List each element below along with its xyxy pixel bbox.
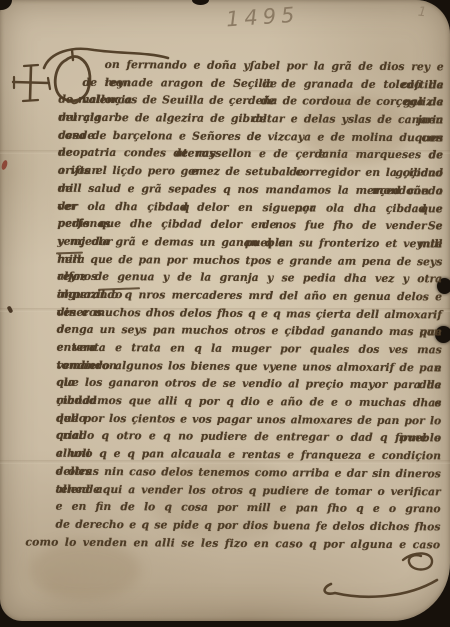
manuscript-line: de derecho e q se pide q por dios buena … xyxy=(55,516,440,536)
manuscript-line: e otras nin caso delos tenemos como arri… xyxy=(56,462,441,482)
manuscript-line: del algarbe de algezira de gibraltar e d… xyxy=(58,109,443,129)
manuscript-line: on ferrnando e doña yſabel por la grã de… xyxy=(105,56,444,76)
manuscript-line: mill salud e grã sepades q nos mandamos … xyxy=(58,179,443,199)
closing-rubric-flourish xyxy=(315,546,445,602)
folio-number: 1 xyxy=(417,5,427,21)
manuscript-line: y mj ola grã e demas un ganan q en su fr… xyxy=(57,233,442,253)
manuscript-line: e venta e trata en q la muger por quales… xyxy=(57,339,442,359)
photograph-of-manuscript: 1495 1 on ferrnando e doña yſabel por la… xyxy=(0,0,450,627)
year-annotation: 1495 xyxy=(225,2,300,31)
manuscript-text: on ferrnando e doña yſabel por la grã de… xyxy=(55,56,443,554)
manuscript-line: mandamos que alli q por q dio e año de e… xyxy=(56,392,441,412)
